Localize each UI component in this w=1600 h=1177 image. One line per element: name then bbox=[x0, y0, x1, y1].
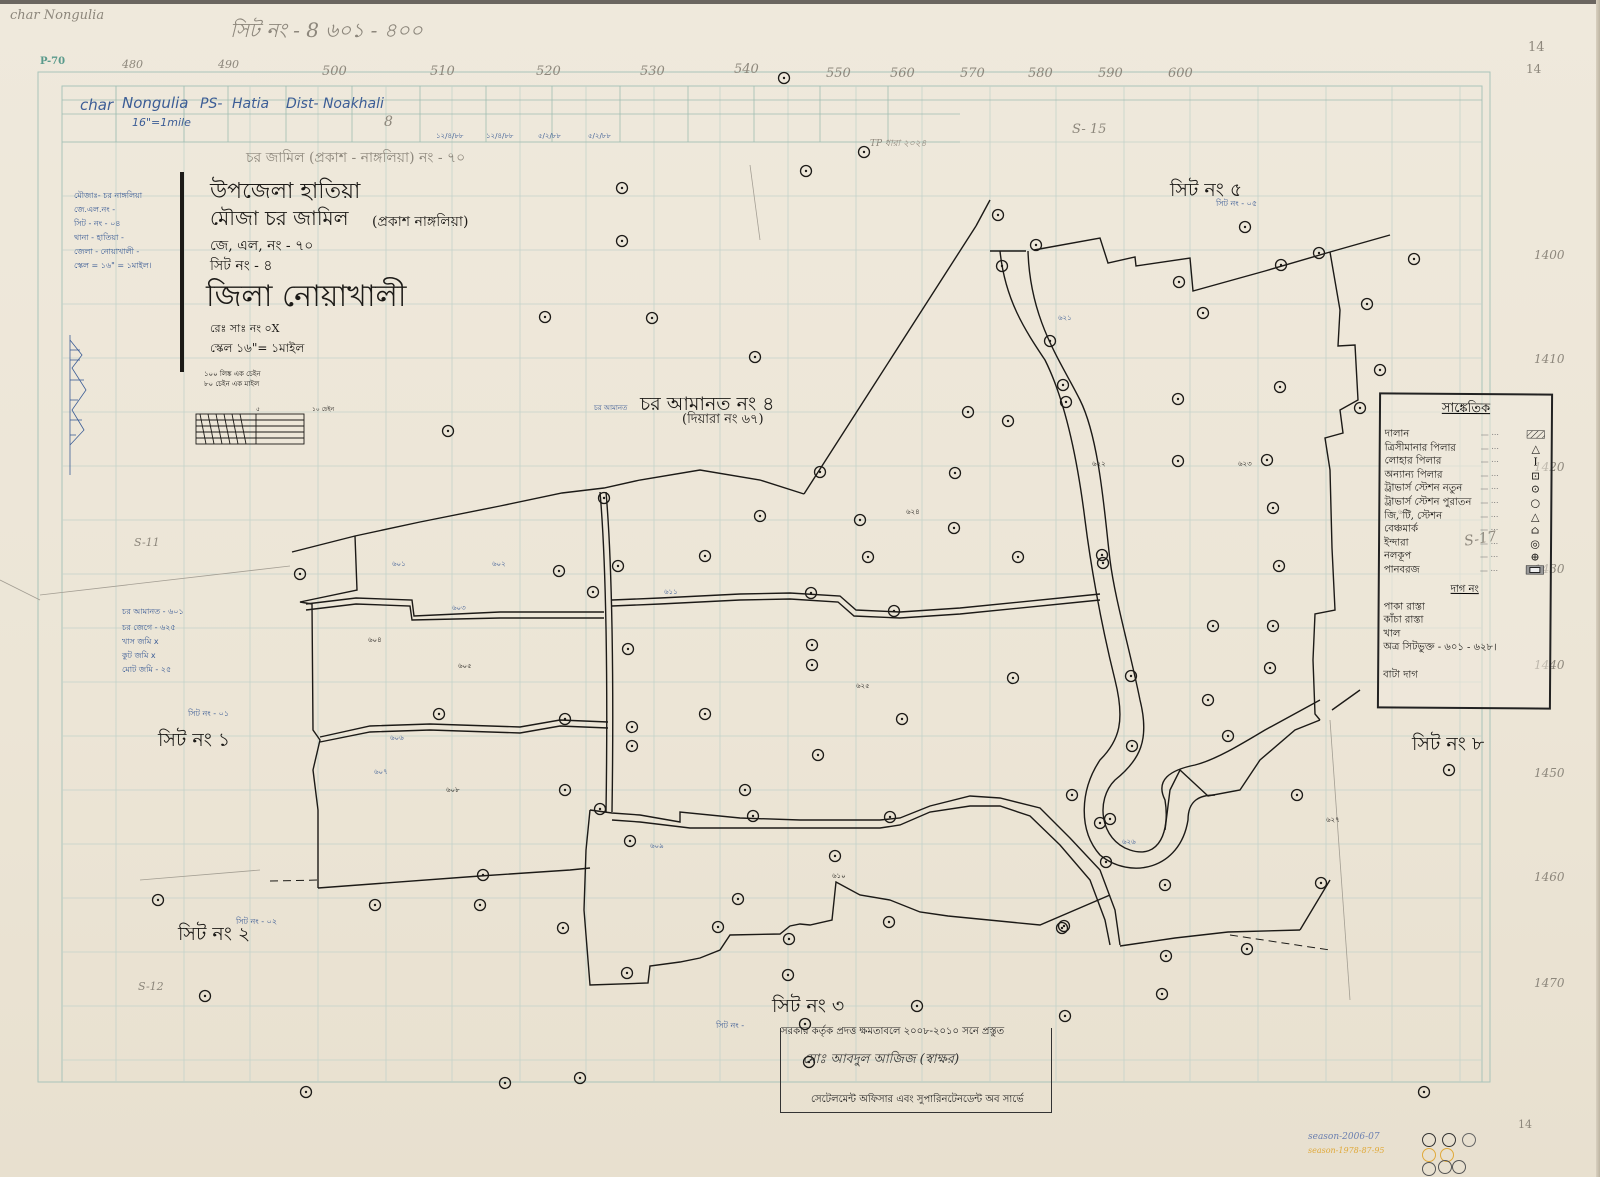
scale-label: স্কেল ১৬"= ১মাইল bbox=[210, 340, 304, 360]
officer-signature: মোঃ আবদুল আজিজ (স্বাক্ষর) bbox=[803, 1050, 959, 1071]
adjacent-sheet-3: সিট নং ৩ bbox=[772, 992, 844, 1024]
sheet-number-bottom: 14 bbox=[1518, 1118, 1532, 1131]
season-circle-icon bbox=[1422, 1162, 1436, 1176]
top-pencil-note: সিট নং - 8 ৬০১ - ৪০০ bbox=[230, 16, 423, 49]
adjacent-sheet-5-note: সিট নং - ০৫ bbox=[1216, 198, 1257, 211]
map-legend: সাঙ্কেতিক দালান— ··· ত্রিসীমানার পিলার— … bbox=[1377, 392, 1553, 709]
map-sheet: char Nongulia সিট নং - 8 ৬০১ - ৪০০ P-70 … bbox=[0, 0, 1600, 1177]
legend-item-iron-pillar: লোহার পিলার— ···I bbox=[1381, 455, 1551, 470]
sheet-number-top: 14 bbox=[1528, 40, 1545, 55]
season-circle-icon bbox=[1452, 1160, 1466, 1174]
legend-title: সাঙ্কেতিক bbox=[1381, 398, 1551, 420]
legend-item-earthen-road: কাঁচা রাস্তা bbox=[1379, 614, 1549, 629]
rs-number: রেঃ সাঃ নং ০X bbox=[210, 320, 279, 339]
hatched-rect-icon bbox=[1527, 428, 1545, 442]
iron-pillar-icon: I bbox=[1527, 456, 1545, 470]
adjacent-mouza-sublabel: (দিয়ারা নং ৬৭) bbox=[682, 410, 764, 431]
title-bar bbox=[180, 172, 184, 372]
season-circle-icon bbox=[1442, 1133, 1456, 1147]
legend-item-canal: খাল bbox=[1379, 627, 1549, 642]
corner-note: char Nongulia bbox=[10, 8, 104, 23]
form-main-circuit: Nongulia bbox=[122, 94, 188, 112]
tp-note: TP ধারা ২০২৪ bbox=[870, 136, 926, 151]
s11-mark: S-11 bbox=[134, 536, 160, 549]
season-circle-icon bbox=[1422, 1133, 1436, 1147]
left-profile-figure bbox=[70, 335, 86, 475]
certificate-header: সরকার কর্তৃক প্রদত্ত ক্ষমতাবলে ২০০৮-২০১০… bbox=[781, 1024, 1004, 1041]
district-label: জিলা নোয়াখালী bbox=[206, 272, 407, 323]
chain-note-2: ৮০ চেইন এক মাইল bbox=[204, 378, 259, 390]
legend-item-trijunction-pillar: ত্রিসীমানার পিলার— ···△ bbox=[1381, 441, 1551, 456]
square-dot-icon: ⊡ bbox=[1526, 469, 1544, 483]
legend-item-building: দালান— ··· bbox=[1381, 427, 1551, 442]
circle-cross-icon: ⊕ bbox=[1526, 551, 1544, 565]
season-circle-icon bbox=[1438, 1160, 1452, 1174]
mouza-alias: (প্রকাশ নাঙ্গলিয়া) bbox=[372, 210, 468, 234]
adjacent-sheet-8: সিট নং ৮ bbox=[1412, 730, 1484, 762]
triangle-icon: △ bbox=[1526, 510, 1544, 524]
legend-item-gt-station: জি, টি, স্টেশন— ···△ bbox=[1380, 509, 1550, 524]
s15-mark: S- 15 bbox=[1072, 122, 1106, 137]
benchmark-icon: ⌂ bbox=[1526, 524, 1544, 538]
s12-mark: S-12 bbox=[138, 980, 164, 993]
scale-bar-label: ১০ চেইন bbox=[312, 404, 334, 415]
form-code: P-70 bbox=[40, 56, 65, 67]
adjacent-sheet-1-note: সিট নং - ০১ bbox=[188, 708, 229, 721]
season-circle-icon bbox=[1422, 1148, 1436, 1162]
legend-item-paved-road: পাকা রাস্তা bbox=[1380, 600, 1550, 615]
form-village: Hatia bbox=[232, 96, 269, 112]
legend-item-traverse-old: ট্রাভার্স স্টেশন পুরাতন— ···○ bbox=[1380, 495, 1550, 510]
mouza-boundary bbox=[292, 200, 1390, 985]
season-1978: season-1978-87-95 bbox=[1308, 1146, 1385, 1155]
form-mouza-name: char bbox=[80, 96, 113, 114]
scale-bar-mid: ৫ bbox=[256, 404, 260, 415]
season-2006: season-2006-07 bbox=[1308, 1132, 1380, 1142]
mouza-label: মৌজা চর জামিল bbox=[210, 204, 349, 237]
legend-item-other-pillar: অন্যান্য পিলার— ···⊡ bbox=[1380, 468, 1550, 483]
form-ps: PS- bbox=[200, 96, 222, 112]
legend-item-betel-garden: পানবরজ— ··· bbox=[1380, 563, 1550, 578]
legend-item-traverse-new: ট্রাভার্স স্টেশন নতুন— ···⊙ bbox=[1380, 482, 1550, 497]
triangle-dot-icon: △ bbox=[1527, 442, 1545, 456]
adjacent-sheet-3-note: সিট নং - bbox=[716, 1020, 744, 1033]
sheet-number-top-2: 14 bbox=[1526, 62, 1541, 76]
legend-item-tubewell: নলকূপ— ···⊕ bbox=[1380, 550, 1550, 565]
certificate-footer: সেটেলমেন্ট অফিসার এবং সুপারিনটেনডেন্ট অব… bbox=[811, 1092, 1024, 1109]
circle-dot-icon: ⊙ bbox=[1526, 483, 1544, 497]
form-district: Dist- Noakhali bbox=[286, 96, 384, 112]
legend-item-split-plot: বাটা দাগ bbox=[1379, 668, 1549, 683]
season-circle-icon bbox=[1462, 1133, 1476, 1147]
adjacent-mouza-pencil: চর আমানত bbox=[594, 402, 627, 414]
handwritten-mouza-title: চর জামিল (প্রকাশ - নাঙ্গলিয়া) নং - ৭০ bbox=[246, 146, 465, 170]
legend-item-plot-range: অত্র সিটভুক্ত - ৬০১ - ৬২৮। bbox=[1379, 641, 1549, 656]
open-circle-icon: ○ bbox=[1526, 496, 1544, 510]
double-circle-icon: ◎ bbox=[1526, 537, 1544, 551]
adjacent-sheet-1: সিট নং ১ bbox=[158, 726, 230, 758]
certificate-block: সরকার কর্তৃক প্রদত্ত ক্ষমতাবলে ২০০৮-২০১০… bbox=[780, 1028, 1052, 1113]
form-scale-note: 16"=1mile bbox=[132, 116, 191, 129]
dotted-rect-icon bbox=[1526, 564, 1544, 578]
legend-subtitle: দাগ নং bbox=[1380, 581, 1550, 599]
form-sheet-digit: 8 bbox=[384, 114, 393, 130]
adjacent-sheet-2-note: সিট নং - ০২ bbox=[236, 916, 277, 929]
